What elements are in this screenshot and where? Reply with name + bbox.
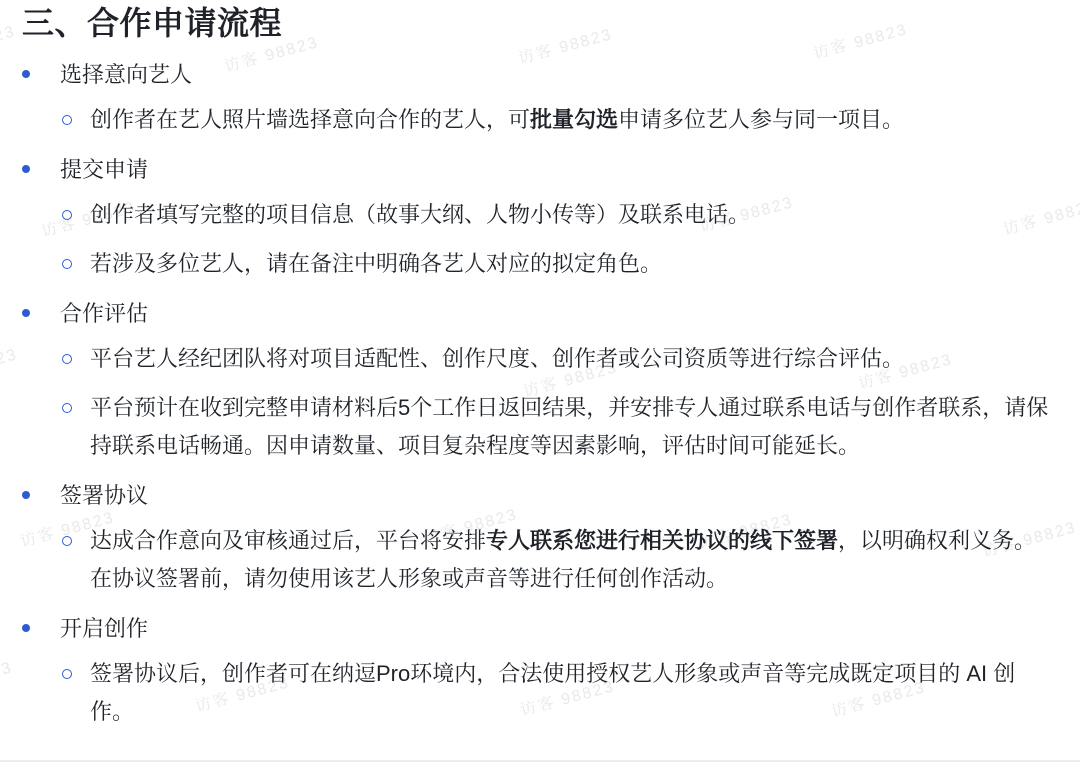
process-step: 开启创作签署协议后，创作者可在纳逗Pro环境内，合法使用授权艺人形象或声音等完成… bbox=[0, 614, 1056, 731]
text-run: 创作者填写完整的项目信息（故事大纲、人物小传等）及联系电话。 bbox=[90, 202, 750, 227]
detail-text: 平台预计在收到完整申请材料后5个工作日返回结果，并安排专人通过联系电话与创作者联… bbox=[90, 395, 1048, 458]
detail-text: 创作者在艺人照片墙选择意向合作的艺人，可批量勾选申请多位艺人参与同一项目。 bbox=[90, 107, 904, 132]
text-run: 平台艺人经纪团队将对项目适配性、创作尺度、创作者或公司资质等进行综合评估。 bbox=[90, 346, 904, 371]
bold-text-run: 专人联系您进行相关协议的线下签署 bbox=[486, 528, 838, 553]
detail-item: 平台艺人经纪团队将对项目适配性、创作尺度、创作者或公司资质等进行综合评估。 bbox=[0, 340, 1056, 378]
page-title: 三、合作申请流程 bbox=[22, 2, 1056, 44]
step-label: 选择意向艺人 bbox=[60, 62, 192, 87]
detail-text: 签署协议后，创作者可在纳逗Pro环境内，合法使用授权艺人形象或声音等完成既定项目… bbox=[90, 661, 1015, 724]
detail-item: 创作者填写完整的项目信息（故事大纲、人物小传等）及联系电话。 bbox=[0, 196, 1056, 234]
step-label-row: 提交申请 bbox=[0, 155, 1056, 185]
process-step: 选择意向艺人创作者在艺人照片墙选择意向合作的艺人，可批量勾选申请多位艺人参与同一… bbox=[0, 60, 1056, 139]
process-step: 提交申请创作者填写完整的项目信息（故事大纲、人物小传等）及联系电话。若涉及多位艺… bbox=[0, 155, 1056, 283]
step-details: 平台艺人经纪团队将对项目适配性、创作尺度、创作者或公司资质等进行综合评估。平台预… bbox=[0, 340, 1056, 465]
detail-item: 平台预计在收到完整申请材料后5个工作日返回结果，并安排专人通过联系电话与创作者联… bbox=[0, 389, 1056, 465]
step-label-row: 合作评估 bbox=[0, 299, 1056, 329]
detail-item: 创作者在艺人照片墙选择意向合作的艺人，可批量勾选申请多位艺人参与同一项目。 bbox=[0, 101, 1056, 139]
bullet-circle-icon bbox=[62, 259, 72, 269]
bullet-circle-icon bbox=[62, 354, 72, 364]
text-run: 平台预计在收到完整申请材料后5个工作日返回结果，并安排专人通过联系电话与创作者联… bbox=[90, 395, 1048, 458]
text-run: 若涉及多位艺人，请在备注中明确各艺人对应的拟定角色。 bbox=[90, 251, 662, 276]
step-details: 签署协议后，创作者可在纳逗Pro环境内，合法使用授权艺人形象或声音等完成既定项目… bbox=[0, 655, 1056, 731]
bullet-dot-icon bbox=[22, 624, 30, 632]
bullet-dot-icon bbox=[22, 309, 30, 317]
step-label-row: 开启创作 bbox=[0, 614, 1056, 644]
bullet-circle-icon bbox=[62, 669, 72, 679]
text-run: 达成合作意向及审核通过后，平台将安排 bbox=[90, 528, 486, 553]
text-run: 创作者在艺人照片墙选择意向合作的艺人，可 bbox=[90, 107, 530, 132]
detail-item: 达成合作意向及审核通过后，平台将安排专人联系您进行相关协议的线下签署，以明确权利… bbox=[0, 522, 1056, 598]
step-label-row: 选择意向艺人 bbox=[0, 60, 1056, 90]
step-label-row: 签署协议 bbox=[0, 481, 1056, 511]
bullet-circle-icon bbox=[62, 210, 72, 220]
detail-text: 若涉及多位艺人，请在备注中明确各艺人对应的拟定角色。 bbox=[90, 251, 662, 276]
bullet-circle-icon bbox=[62, 403, 72, 413]
detail-item: 若涉及多位艺人，请在备注中明确各艺人对应的拟定角色。 bbox=[0, 245, 1056, 283]
detail-text: 创作者填写完整的项目信息（故事大纲、人物小传等）及联系电话。 bbox=[90, 202, 750, 227]
step-details: 创作者填写完整的项目信息（故事大纲、人物小传等）及联系电话。若涉及多位艺人，请在… bbox=[0, 196, 1056, 283]
step-label: 提交申请 bbox=[60, 157, 148, 182]
bullet-dot-icon bbox=[22, 491, 30, 499]
step-details: 创作者在艺人照片墙选择意向合作的艺人，可批量勾选申请多位艺人参与同一项目。 bbox=[0, 101, 1056, 139]
step-label: 合作评估 bbox=[60, 301, 148, 326]
step-label: 开启创作 bbox=[60, 616, 148, 641]
process-step-list: 选择意向艺人创作者在艺人照片墙选择意向合作的艺人，可批量勾选申请多位艺人参与同一… bbox=[0, 60, 1056, 731]
process-step: 签署协议达成合作意向及审核通过后，平台将安排专人联系您进行相关协议的线下签署，以… bbox=[0, 481, 1056, 598]
text-run: 签署协议后，创作者可在纳逗Pro环境内，合法使用授权艺人形象或声音等完成既定项目… bbox=[90, 661, 1015, 724]
bullet-dot-icon bbox=[22, 70, 30, 78]
bullet-circle-icon bbox=[62, 536, 72, 546]
bold-text-run: 批量勾选 bbox=[530, 107, 618, 132]
bullet-dot-icon bbox=[22, 165, 30, 173]
process-step: 合作评估平台艺人经纪团队将对项目适配性、创作尺度、创作者或公司资质等进行综合评估… bbox=[0, 299, 1056, 465]
detail-item: 签署协议后，创作者可在纳逗Pro环境内，合法使用授权艺人形象或声音等完成既定项目… bbox=[0, 655, 1056, 731]
step-label: 签署协议 bbox=[60, 483, 148, 508]
detail-text: 平台艺人经纪团队将对项目适配性、创作尺度、创作者或公司资质等进行综合评估。 bbox=[90, 346, 904, 371]
detail-text: 达成合作意向及审核通过后，平台将安排专人联系您进行相关协议的线下签署，以明确权利… bbox=[90, 528, 1036, 591]
step-details: 达成合作意向及审核通过后，平台将安排专人联系您进行相关协议的线下签署，以明确权利… bbox=[0, 522, 1056, 598]
bullet-circle-icon bbox=[62, 115, 72, 125]
text-run: 申请多位艺人参与同一项目。 bbox=[618, 107, 904, 132]
document-page: 访客 98823访客 98823访客 98823访客 98823访客 98823… bbox=[0, 0, 1080, 762]
document-content: 三、合作申请流程 选择意向艺人创作者在艺人照片墙选择意向合作的艺人，可批量勾选申… bbox=[0, 0, 1080, 731]
